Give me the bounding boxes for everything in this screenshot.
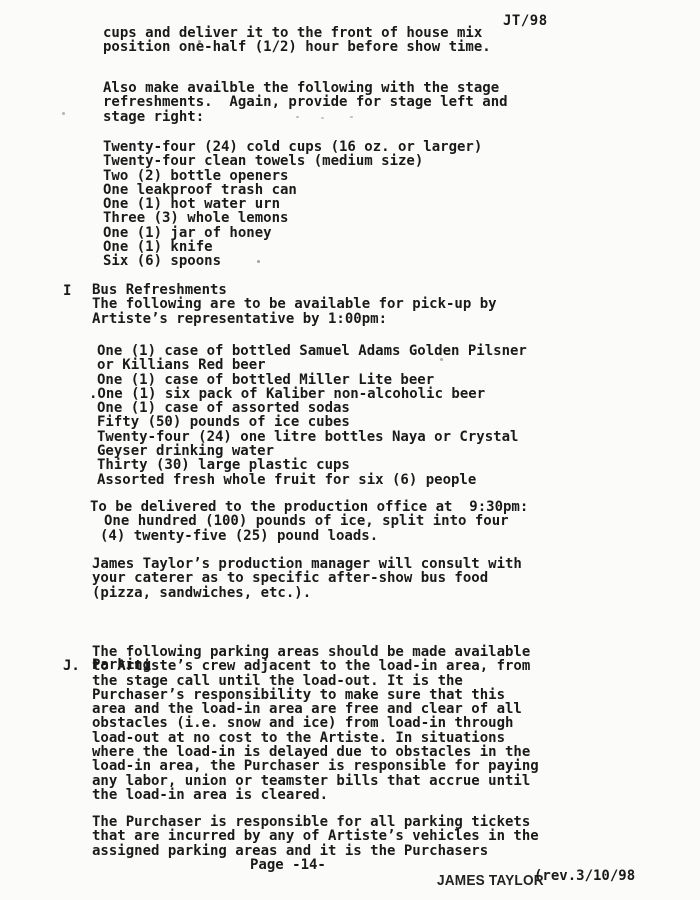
list-item: One (1) case of bottled Miller Lite beer xyxy=(97,373,527,387)
list-item: Geyser drinking water xyxy=(97,444,527,458)
text-line: obstacles (i.e. snow and ice) from load-… xyxy=(92,716,539,730)
scan-speck xyxy=(350,116,353,118)
section-bus-refreshments: I Bus Refreshments The following are to … xyxy=(92,283,700,326)
scanned-rider-page: JT/98 cups and deliver it to the front o… xyxy=(0,0,700,900)
footer-revision: (rev.3/10/98 xyxy=(534,868,635,884)
text-line: load-in area, the Purchaser is responsib… xyxy=(92,759,539,773)
parking-paragraph-2: The Purchaser is responsible for all par… xyxy=(92,815,539,858)
text-line: the stage call until the load-out. It is… xyxy=(92,674,539,688)
text-line: the load-in area is cleared. xyxy=(92,788,539,802)
list-item: Assorted fresh whole fruit for six (6) p… xyxy=(97,473,527,487)
list-item: One (1) knife xyxy=(103,240,482,254)
scan-speck xyxy=(62,112,65,115)
text-line: refreshments. Again, provide for stage l… xyxy=(103,95,508,109)
stage-items-list: Twenty-four (24) cold cups (16 oz. or la… xyxy=(103,140,482,269)
text-line: The following parking areas should be ma… xyxy=(92,645,539,659)
continuation-paragraph: cups and deliver it to the front of hous… xyxy=(103,26,491,55)
text-line: position one-half (1/2) hour before show… xyxy=(103,40,491,54)
scan-speck xyxy=(296,116,299,118)
text-line: that are incurred by any of Artiste’s ve… xyxy=(92,829,539,843)
list-item: .One (1) six pack of Kaliber non-alcohol… xyxy=(89,387,527,401)
text-line: where the load-in is delayed due to obst… xyxy=(92,745,539,759)
text-line: One hundred (100) pounds of ice, split i… xyxy=(90,514,528,528)
list-item: One leakproof trash can xyxy=(103,183,482,197)
list-item: One (1) hot water urn xyxy=(103,197,482,211)
text-line: (pizza, sandwiches, etc.). xyxy=(92,586,522,600)
text-line: load-out at no cost to the Artiste. In s… xyxy=(92,731,539,745)
list-item: Thirty (30) large plastic cups xyxy=(97,458,527,472)
list-item: Two (2) bottle openers xyxy=(103,169,482,183)
stage-refreshments-paragraph: Also make availble the following with th… xyxy=(103,81,508,124)
list-item: Six (6) spoons xyxy=(103,254,482,268)
text-line: your caterer as to specific after-show b… xyxy=(92,571,522,585)
text-line: assigned parking areas and it is the Pur… xyxy=(92,844,539,858)
list-item: One (1) jar of honey xyxy=(103,226,482,240)
text-line: To be delivered to the production office… xyxy=(90,500,528,514)
delivery-note: To be delivered to the production office… xyxy=(90,500,528,543)
section-letter: J. xyxy=(63,658,80,674)
text-line: The Purchaser is responsible for all par… xyxy=(92,815,539,829)
text-line: Also make availble the following with th… xyxy=(103,81,508,95)
text-line: Purchaser’s responsibility to make sure … xyxy=(92,688,539,702)
text-line: The following are to be available for pi… xyxy=(92,297,700,311)
scan-speck xyxy=(257,260,260,263)
text-line: any labor, union or teamster bills that … xyxy=(92,774,539,788)
doc-code: JT/98 xyxy=(503,13,548,29)
list-item: Twenty-four clean towels (medium size) xyxy=(103,154,482,168)
caterer-note: James Taylor’s production manager will c… xyxy=(92,557,522,600)
page-number: Page -14- xyxy=(250,857,326,873)
text-line: to Artiste’s crew adjacent to the load-i… xyxy=(92,659,539,673)
text-line: cups and deliver it to the front of hous… xyxy=(103,26,491,40)
artist-name-text: JAMES TAYLOR xyxy=(437,873,544,889)
section-letter: I xyxy=(63,283,71,299)
parking-paragraph-1: The following parking areas should be ma… xyxy=(92,645,539,802)
text-line: (4) twenty-five (25) pound loads. xyxy=(90,529,528,543)
section-title: Bus Refreshments xyxy=(92,283,700,297)
text-line: area and the load-in area are free and c… xyxy=(92,702,539,716)
bus-items-list: One (1) case of bottled Samuel Adams Gol… xyxy=(97,344,527,487)
scan-speck xyxy=(440,358,443,361)
text-line: stage right: xyxy=(103,110,508,124)
list-item: One (1) case of assorted sodas xyxy=(97,401,527,415)
list-item: Twenty-four (24) one litre bottles Naya … xyxy=(97,430,527,444)
list-item: Three (3) whole lemons xyxy=(103,211,482,225)
list-item: Fifty (50) pounds of ice cubes xyxy=(97,415,527,429)
scan-speck xyxy=(198,40,201,43)
list-item: Twenty-four (24) cold cups (16 oz. or la… xyxy=(103,140,482,154)
list-item: or Killians Red beer xyxy=(97,358,527,372)
text-line: James Taylor’s production manager will c… xyxy=(92,557,522,571)
text-line: Artiste’s representative by 1:00pm: xyxy=(92,312,700,326)
scan-speck xyxy=(321,117,324,119)
list-item: One (1) case of bottled Samuel Adams Gol… xyxy=(97,344,527,358)
